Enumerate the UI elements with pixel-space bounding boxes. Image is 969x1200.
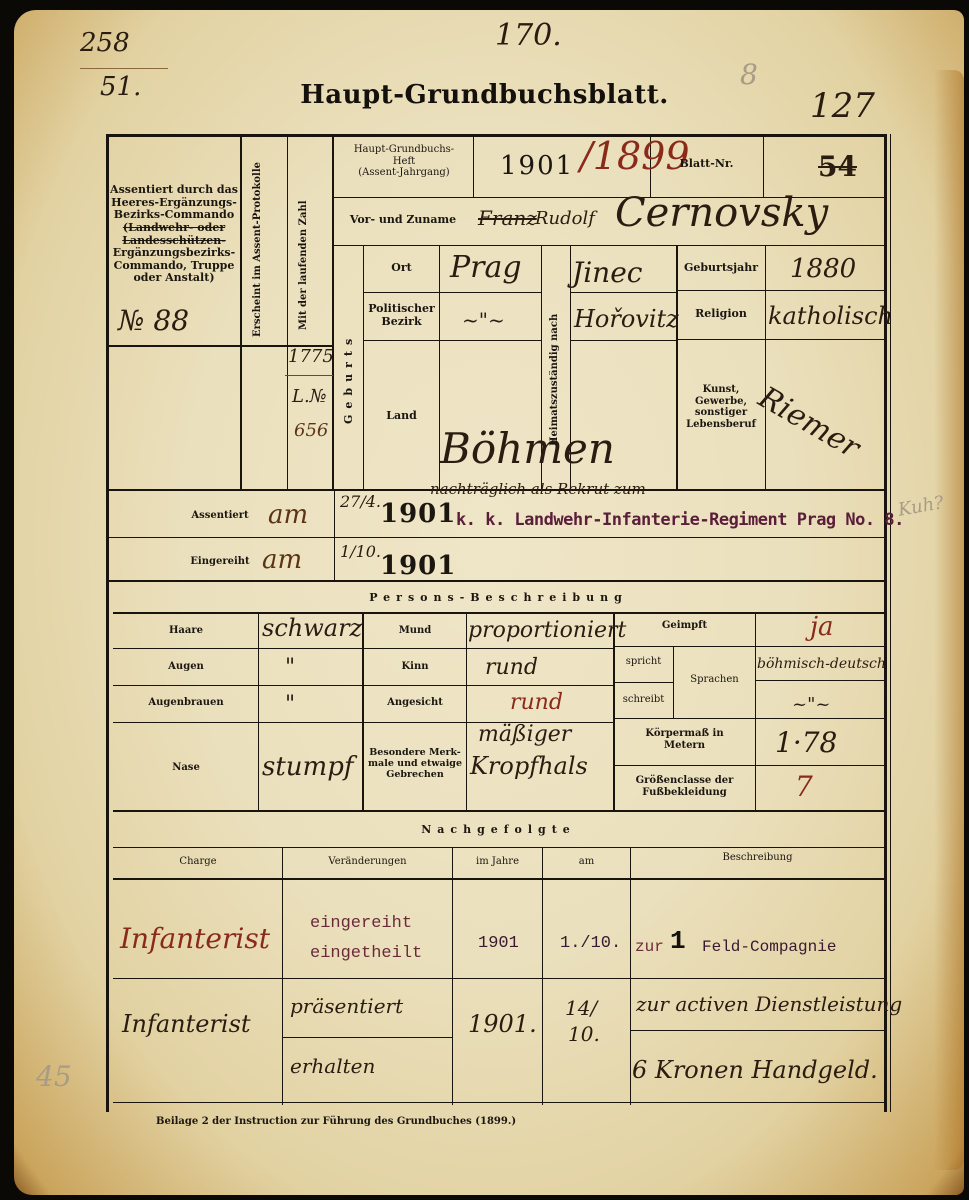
row2-jahr: 1901. [468,1010,537,1038]
grid-line [452,847,453,1105]
name-label: Vor- und Zuname [336,214,470,227]
row1-beschreibung-num: 1 [670,926,686,956]
assentiert-label: Assentiert [180,510,260,522]
margin-note-top-center: 170. [495,18,562,53]
haare-label: Haare [114,625,258,637]
row1-veraenderung-2: eingetheilt [310,944,422,963]
laufende-zahl-value: 1775 [288,346,334,367]
assentiert-durch-value: № 88 [118,304,189,337]
grid-line [630,1030,884,1031]
augen-value: " [285,655,295,680]
footer-note: Beilage 2 der Instruction zur Führung de… [156,1116,516,1128]
nachgefolgte-section-title: Nachgefolgte [113,824,884,837]
row1-beschreibung-prefix: zur [635,938,664,956]
geburt-section-label: Geburts [342,318,355,438]
assentiert-am: am [268,500,308,530]
sprachen-label: Sprachen [674,674,755,686]
grid-line [755,680,884,681]
row1-jahr: 1901 [478,934,519,953]
row2-charge: Infanterist [122,1010,251,1038]
last-name: Cernovsky [615,190,828,236]
religion-value: katholisch [768,302,893,330]
schreibt-value: ~"~ [792,694,830,715]
grid-line [334,489,335,581]
grid-line [113,878,884,880]
row2-am-top: 14/ [565,996,597,1020]
row1-am: 1./10. [560,934,621,953]
grid-line [630,847,631,1105]
persons-section-title: Persons-Beschreibung [113,592,884,605]
grid-line [287,134,288,490]
row2-veraenderung-2: erhalten [290,1054,375,1078]
mund-value: proportioniert [468,618,626,643]
merkmale-value-2: Kropfhals [470,752,588,780]
row2-am-bottom: 10. [568,1022,600,1046]
margin-note-bottom-left: 45 [36,1060,72,1093]
frame-left [106,134,109,1112]
grid-line [113,978,884,979]
page-title: Haupt-Grundbuchsblatt. [0,80,969,110]
grid-line [613,765,884,766]
margin-note-numerator: 258 [80,28,130,58]
grid-line [765,245,766,490]
grid-line [613,718,884,719]
landwehr-number-label: L.№ [292,386,327,407]
grid-line [282,1037,452,1038]
eingereiht-am: am [262,545,302,575]
grid-line [113,810,884,812]
merkmale-value-1: mäßiger [478,722,571,747]
angesicht-label: Angesicht [364,697,466,709]
eingereiht-year: 1901 [380,552,456,582]
angesicht-value: rund [510,690,563,715]
bezirk-label: Politischer Bezirk [364,303,439,328]
grid-line [676,339,884,340]
frame-top [106,134,886,137]
regiment-stamp: k. k. Landwehr-Infanterie-Regiment Prag … [456,510,904,530]
grid-line [363,340,541,341]
grid-line [113,612,884,614]
grid-line [676,245,678,490]
kinn-value: rund [485,655,538,680]
haare-value: schwarz [262,614,362,642]
fussbekleidung-value: 7 [795,770,813,803]
heimat-value-1: Jinec [572,256,642,289]
geimpft-value: ja [810,612,834,642]
grid-line [240,134,242,490]
assentiert-year: 1901 [380,500,456,530]
heimat-value-2: Hořovitz [574,305,679,333]
row2-beschreibung-2: 6 Kronen Handgeld. [632,1056,878,1084]
assentiert-note: nachträglich als Rekrut zum [430,480,646,498]
blatt-nr-value: 54 [818,150,857,183]
geburtsjahr-value: 1880 [790,254,856,284]
col-header-charge: Charge [114,856,282,868]
assentiert-durch-label: Assentiert durch das Heeres-Ergänzungs- … [110,184,238,285]
paper-stain [934,70,964,1170]
heimat-label: Heimatszuständig nach [549,300,560,460]
row1-beschreibung-rest: Feld-Compagnie [702,938,836,956]
frame-right [884,134,887,1112]
grid-line [258,612,259,810]
col-header-veraenderungen: Veränderungen [283,856,452,868]
hand-line [285,375,333,376]
row2-beschreibung-1: zur activen Dienstleistung [636,992,902,1016]
augenbrauen-label: Augenbrauen [114,697,258,709]
grid-line [613,646,884,647]
landwehr-number-value: 656 [294,420,328,441]
ort-label: Ort [364,262,439,275]
blatt-nr-label: Blatt-Nr. [650,158,763,171]
grid-line [570,292,676,293]
koerpermass-value: 1·78 [775,726,837,759]
grid-line [113,685,613,686]
heft-year-hand: /1899 [580,134,690,178]
grid-line [113,1102,884,1103]
grid-line [473,134,474,197]
col-header-beschreibung: Beschreibung [631,852,884,864]
land-value: Böhmen [440,424,615,473]
grid-line [466,612,467,810]
row1-veraenderung-1: eingereiht [310,914,412,933]
grid-line [542,847,543,1105]
nase-label: Nase [114,762,258,774]
row1-charge: Infanterist [120,922,270,955]
grid-line [570,340,676,341]
frame-right-inner [890,134,891,1112]
first-name: Rudolf [535,208,595,229]
grid-line [113,847,884,848]
land-label: Land [364,410,439,423]
heft-label: Haupt-Grundbuchs- Heft (Assent-Jahrgang) [336,144,472,179]
margin-fraction-line [80,68,168,69]
grid-line [106,580,884,582]
laufende-zahl-header: Mit der laufenden Zahl [298,190,309,340]
grid-line [755,612,756,810]
first-name-struck: Franz [478,206,537,230]
grid-line [363,292,541,293]
eingereiht-label: Eingereiht [180,556,260,568]
koerpermass-label: Körpermaß in Metern [614,728,755,751]
grid-line [332,245,884,246]
heft-year-printed: 1901 [500,152,574,182]
grid-line [363,245,364,490]
augenbrauen-value: " [285,692,295,717]
grid-line [613,682,673,683]
mund-label: Mund [364,625,466,637]
erscheint-protokoll-header: Erscheint im Assent-Protokolle [252,160,263,340]
fussbekleidung-label: Größenclasse der Fußbekleidung [614,775,755,798]
merkmale-label: Besondere Merk- male und etwaige Gebrech… [364,748,466,781]
nase-value: stumpf [262,752,353,782]
beruf-label: Kunst, Gewerbe, sonstiger Lebensberuf [678,384,764,430]
spricht-label: spricht [614,656,673,668]
religion-label: Religion [678,308,764,321]
grid-line [763,134,764,197]
grid-line [676,290,884,291]
grid-line [106,537,884,538]
grid-line [332,134,334,490]
col-header-jahr: im Jahre [453,856,542,868]
grid-line [282,847,283,1105]
schreibt-label: schreibt [614,694,673,706]
kinn-label: Kinn [364,661,466,673]
row2-veraenderung-1: präsentiert [290,994,403,1018]
assentiert-date: 27/4. [340,492,381,511]
geburtsjahr-label: Geburtsjahr [678,262,764,275]
bezirk-value: ~"~ [462,308,505,332]
spricht-value: böhmisch-deutsch [757,656,886,672]
geimpft-label: Geimpft [614,620,755,632]
grid-line [113,648,613,649]
eingereiht-date: 1/10. [340,542,381,561]
ort-value: Prag [450,250,522,285]
augen-label: Augen [114,661,258,673]
col-header-am: am [543,856,630,868]
